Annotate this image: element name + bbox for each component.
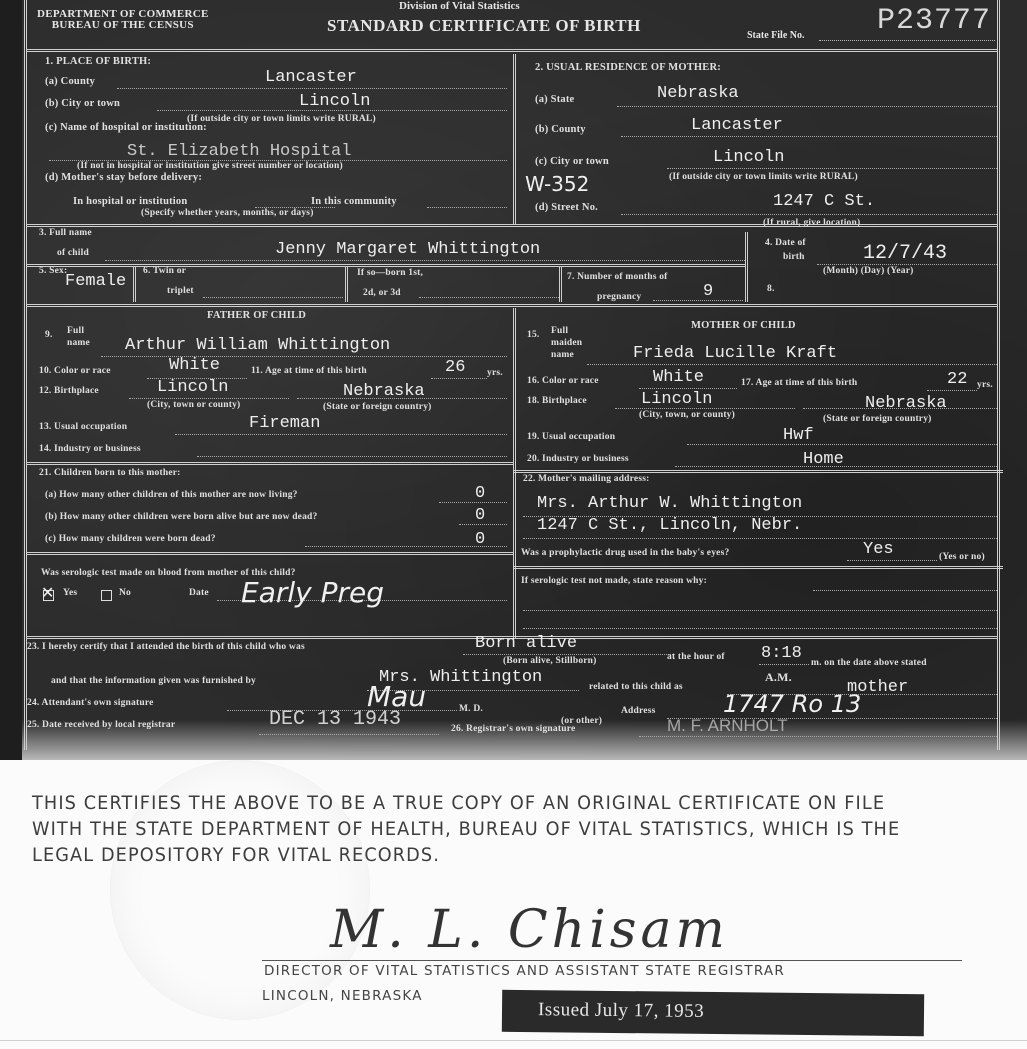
page-title: STANDARD CERTIFICATE OF BIRTH bbox=[327, 16, 641, 36]
serologic-reason-line-1 bbox=[813, 590, 997, 591]
mother-heading: MOTHER OF CHILD bbox=[691, 320, 796, 331]
father-name-num: 9. bbox=[45, 330, 53, 340]
dob-note: (Month) (Day) (Year) bbox=[823, 266, 914, 276]
hospital-label: (c) Name of hospital or institution: bbox=[45, 122, 207, 133]
mother-birthplace-city-note: (City, town, or county) bbox=[639, 410, 735, 420]
dob-label: 4. Date of bbox=[765, 238, 806, 248]
state-file-line bbox=[819, 40, 995, 41]
prophylactic-line bbox=[847, 560, 937, 561]
born-order-line bbox=[419, 297, 559, 298]
received-label: 25. Date received by local registrar bbox=[27, 720, 175, 730]
father-age-line bbox=[431, 378, 487, 379]
born-status-value: Born alive bbox=[475, 634, 577, 653]
child-name-line bbox=[105, 260, 745, 261]
children-heading: 21. Children born to this mother: bbox=[39, 468, 181, 478]
prophylactic-label: Was a prophylactic drug used in the baby… bbox=[521, 548, 729, 558]
child-name-label: 3. Full name bbox=[39, 228, 92, 238]
issuing-location: LINCOLN, NEBRASKA bbox=[262, 988, 423, 1004]
father-age-label: 11. Age at time of this birth bbox=[251, 366, 367, 376]
children-living-line bbox=[439, 502, 507, 503]
form-header: DEPARTMENT OF COMMERCE BUREAU OF THE CEN… bbox=[27, 0, 997, 52]
residence-state-label: (a) State bbox=[535, 94, 574, 105]
serologic-no-label: No bbox=[119, 588, 131, 598]
address-value: 1747 Ro 13 bbox=[723, 690, 861, 718]
mother-birthplace-state: Nebraska bbox=[865, 394, 947, 413]
serologic-no-checkbox[interactable] bbox=[101, 590, 112, 601]
item-8-label: 8. bbox=[767, 284, 775, 294]
hospital-note: (If not in hospital or institution give … bbox=[77, 161, 343, 171]
prophylactic-note: (Yes or no) bbox=[939, 552, 985, 562]
birth-county-line bbox=[117, 88, 507, 89]
mother-birthplace-city: Lincoln bbox=[641, 390, 712, 409]
state-file-number: P23777 bbox=[877, 4, 991, 38]
section-divider bbox=[27, 304, 997, 307]
mother-race-label: 16. Color or race bbox=[527, 376, 599, 386]
sex-value: Female bbox=[65, 272, 126, 291]
bureau-name: BUREAU OF THE CENSUS bbox=[37, 20, 209, 31]
residence-county-line bbox=[621, 136, 997, 137]
born-order-label: If so—born 1st, bbox=[357, 268, 423, 278]
serologic-yes-label: Yes bbox=[63, 588, 77, 598]
page-edge bbox=[0, 1040, 1027, 1041]
twin-label-2: triplet bbox=[167, 286, 194, 296]
born-order-label-2: 2d, or 3d bbox=[363, 288, 401, 298]
father-industry-line bbox=[197, 456, 507, 457]
father-name-label-2: name bbox=[67, 338, 90, 348]
serologic-yes-checkbox[interactable] bbox=[43, 590, 54, 601]
father-birthplace-city: Lincoln bbox=[157, 378, 228, 397]
child-name-label-2: of child bbox=[57, 248, 89, 258]
md-label: M. D. bbox=[459, 704, 483, 714]
father-age-unit: yrs. bbox=[487, 368, 503, 378]
hour-line bbox=[759, 664, 809, 665]
father-age-value: 26 bbox=[445, 358, 465, 377]
children-dead-value: 0 bbox=[475, 506, 485, 525]
mailing-line-2 bbox=[523, 538, 997, 539]
father-birthplace-state: Nebraska bbox=[343, 382, 425, 401]
issued-date: Issued July 17, 1953 bbox=[538, 999, 704, 1023]
father-name-label: Full bbox=[67, 326, 84, 336]
birth-city-value: Lincoln bbox=[299, 92, 370, 111]
residence-city-line bbox=[667, 168, 997, 169]
sex-label: 5. Sex: bbox=[39, 266, 67, 276]
row-divider bbox=[27, 462, 513, 465]
certification-statement: THIS CERTIFIES THE ABOVE TO BE A TRUE CO… bbox=[32, 790, 906, 868]
mother-birthplace-label: 18. Birthplace bbox=[527, 396, 587, 406]
twin-line bbox=[203, 297, 343, 298]
stay-community-line bbox=[427, 207, 507, 208]
residence-heading: 2. USUAL RESIDENCE OF MOTHER: bbox=[535, 62, 721, 73]
serologic-reason-line-3 bbox=[523, 628, 997, 629]
stay-note: (Specify whether years, months, or days) bbox=[141, 208, 314, 218]
months-label-2: pregnancy bbox=[597, 292, 641, 302]
hour-value: 8:18 bbox=[761, 644, 802, 663]
months-value: 9 bbox=[703, 282, 713, 301]
registrar-line bbox=[639, 736, 997, 737]
mother-name-label-3: name bbox=[551, 350, 574, 360]
father-birthplace-state-note: (State or foreign country) bbox=[323, 402, 432, 412]
residence-annotation: W-352 bbox=[525, 172, 589, 196]
residence-street-line bbox=[621, 214, 997, 215]
mother-age-unit: yrs. bbox=[977, 380, 993, 390]
birth-county-label: (a) County bbox=[45, 76, 95, 87]
meridiem-label: m. on the date above stated bbox=[811, 658, 927, 668]
residence-city-label: (c) City or town bbox=[535, 156, 609, 167]
father-occupation-label: 13. Usual occupation bbox=[39, 422, 127, 432]
born-status-line bbox=[463, 654, 673, 655]
children-living-value: 0 bbox=[475, 484, 485, 503]
mother-occupation-label: 19. Usual occupation bbox=[527, 432, 615, 442]
received-line bbox=[259, 734, 439, 735]
children-living-label: (a) How many other children of this moth… bbox=[45, 490, 298, 500]
father-birthplace-city-line bbox=[129, 398, 289, 399]
residence-city-value: Lincoln bbox=[713, 148, 784, 167]
birth-certificate-form: DEPARTMENT OF COMMERCE BUREAU OF THE CEN… bbox=[24, 0, 1000, 750]
mother-race-line bbox=[639, 388, 737, 389]
child-name-value: Jenny Margaret Whittington bbox=[275, 240, 540, 259]
meridiem-value: A.M. bbox=[765, 670, 792, 685]
column-divider bbox=[133, 266, 136, 302]
serologic-reason-label: If serologic test not made, state reason… bbox=[521, 576, 707, 586]
birth-city-note: (If outside city or town limits write RU… bbox=[187, 114, 376, 124]
father-heading: FATHER OF CHILD bbox=[207, 310, 306, 321]
mother-occupation-value: Hwf bbox=[783, 426, 814, 445]
related-label: related to this child as bbox=[589, 682, 683, 692]
born-status-note: (Born alive, Stillborn) bbox=[503, 656, 597, 666]
section-divider bbox=[27, 224, 997, 227]
father-occupation-line bbox=[175, 434, 507, 435]
children-stillborn-value: 0 bbox=[475, 530, 485, 549]
issued-stamp: Issued July 17, 1953 bbox=[502, 990, 924, 1036]
father-birthplace-city-note: (City, town or county) bbox=[147, 400, 240, 410]
mother-industry-label: 20. Industry or business bbox=[527, 454, 629, 464]
children-dead-label: (b) How many other children were born al… bbox=[45, 512, 318, 522]
mother-age-line bbox=[927, 390, 977, 391]
place-of-birth-heading: 1. PLACE OF BIRTH: bbox=[45, 56, 151, 67]
stay-community-label: In this community bbox=[311, 196, 397, 207]
mother-age-value: 22 bbox=[947, 370, 967, 389]
residence-county-label: (b) County bbox=[535, 124, 586, 135]
residence-street-label: (d) Street No. bbox=[535, 202, 598, 213]
mailing-line-1-value: Mrs. Arthur W. Whittington bbox=[537, 494, 802, 513]
father-race-value: White bbox=[169, 356, 220, 375]
residence-city-note: (If outside city or town limits write RU… bbox=[669, 172, 858, 182]
division-label: Division of Vital Statistics bbox=[399, 0, 520, 12]
father-occupation-value: Fireman bbox=[249, 414, 320, 433]
column-divider bbox=[559, 266, 562, 302]
column-divider bbox=[345, 266, 348, 302]
mailing-line-2-value: 1247 C St., Lincoln, Nebr. bbox=[537, 516, 802, 535]
mother-occupation-line bbox=[687, 444, 997, 445]
column-divider bbox=[745, 232, 748, 302]
column-divider bbox=[513, 54, 516, 224]
mailing-label: 22. Mother's mailing address: bbox=[523, 474, 649, 484]
mother-stay-label: (d) Mother's stay before delivery: bbox=[45, 172, 202, 183]
mother-race-value: White bbox=[653, 368, 704, 387]
mother-name-line bbox=[587, 364, 997, 365]
state-file-label: State File No. bbox=[747, 30, 805, 41]
certify-label: 23. I hereby certify that I attended the… bbox=[27, 642, 305, 652]
father-birthplace-label: 12. Birthplace bbox=[39, 386, 99, 396]
twin-label: 6. Twin or bbox=[143, 266, 186, 276]
residence-street-value: 1247 C St. bbox=[773, 192, 875, 211]
mother-name-value: Frieda Lucille Kraft bbox=[633, 344, 837, 363]
page-margin bbox=[0, 0, 22, 760]
received-date-stamp: DEC 13 1943 bbox=[269, 708, 401, 731]
residence-state-value: Nebraska bbox=[657, 84, 739, 103]
serologic-reason-line-2 bbox=[523, 610, 997, 611]
mother-birthplace-state-note: (State or foreign country) bbox=[823, 414, 932, 424]
father-race-label: 10. Color or race bbox=[39, 366, 111, 376]
dob-value: 12/7/43 bbox=[863, 242, 947, 265]
registrar-signature-stamp: M. F. ARNHOLT bbox=[667, 716, 788, 736]
dob-label-2: birth bbox=[783, 252, 805, 262]
hour-label: at the hour of bbox=[667, 652, 725, 662]
registrar-label: 26. Registrar's own signature bbox=[451, 724, 575, 734]
months-label: 7. Number of months of bbox=[567, 272, 668, 282]
address-label: Address bbox=[621, 706, 655, 716]
signature-label: 24. Attendant's own signature bbox=[27, 698, 154, 708]
children-stillborn-label: (c) How many children were born dead? bbox=[45, 534, 216, 544]
column-divider bbox=[513, 308, 516, 638]
director-title: DIRECTOR OF VITAL STATISTICS AND ASSISTA… bbox=[264, 963, 785, 979]
months-line bbox=[653, 300, 743, 301]
residence-county-value: Lancaster bbox=[691, 116, 783, 135]
signature-line bbox=[262, 960, 962, 961]
furnished-label: and that the information given was furni… bbox=[51, 676, 256, 686]
director-signature: M. L. Chisam bbox=[330, 900, 729, 960]
serologic-date-value: Early Preg bbox=[241, 576, 384, 609]
row-divider bbox=[513, 566, 1003, 569]
row-divider bbox=[27, 552, 513, 555]
father-name-line bbox=[101, 356, 507, 357]
serologic-date-label: Date bbox=[189, 588, 209, 598]
mother-name-label: Full bbox=[551, 326, 568, 336]
mother-name-label-2: maiden bbox=[551, 338, 582, 348]
birth-city-label: (b) City or town bbox=[45, 98, 120, 109]
mother-age-label: 17. Age at time of this birth bbox=[741, 378, 857, 388]
prophylactic-value: Yes bbox=[863, 540, 894, 559]
mother-name-num: 15. bbox=[527, 330, 539, 340]
father-industry-label: 14. Industry or business bbox=[39, 444, 141, 454]
department-label: DEPARTMENT OF COMMERCE BUREAU OF THE CEN… bbox=[37, 9, 209, 31]
birth-county-value: Lancaster bbox=[265, 68, 357, 87]
mother-industry-value: Home bbox=[803, 450, 844, 469]
hospital-value: St. Elizabeth Hospital bbox=[127, 142, 351, 161]
residence-state-line bbox=[617, 106, 997, 107]
stay-hospital-label: In hospital or institution bbox=[73, 196, 187, 207]
father-name-value: Arthur William Whittington bbox=[125, 336, 390, 355]
row-divider bbox=[513, 470, 1003, 473]
